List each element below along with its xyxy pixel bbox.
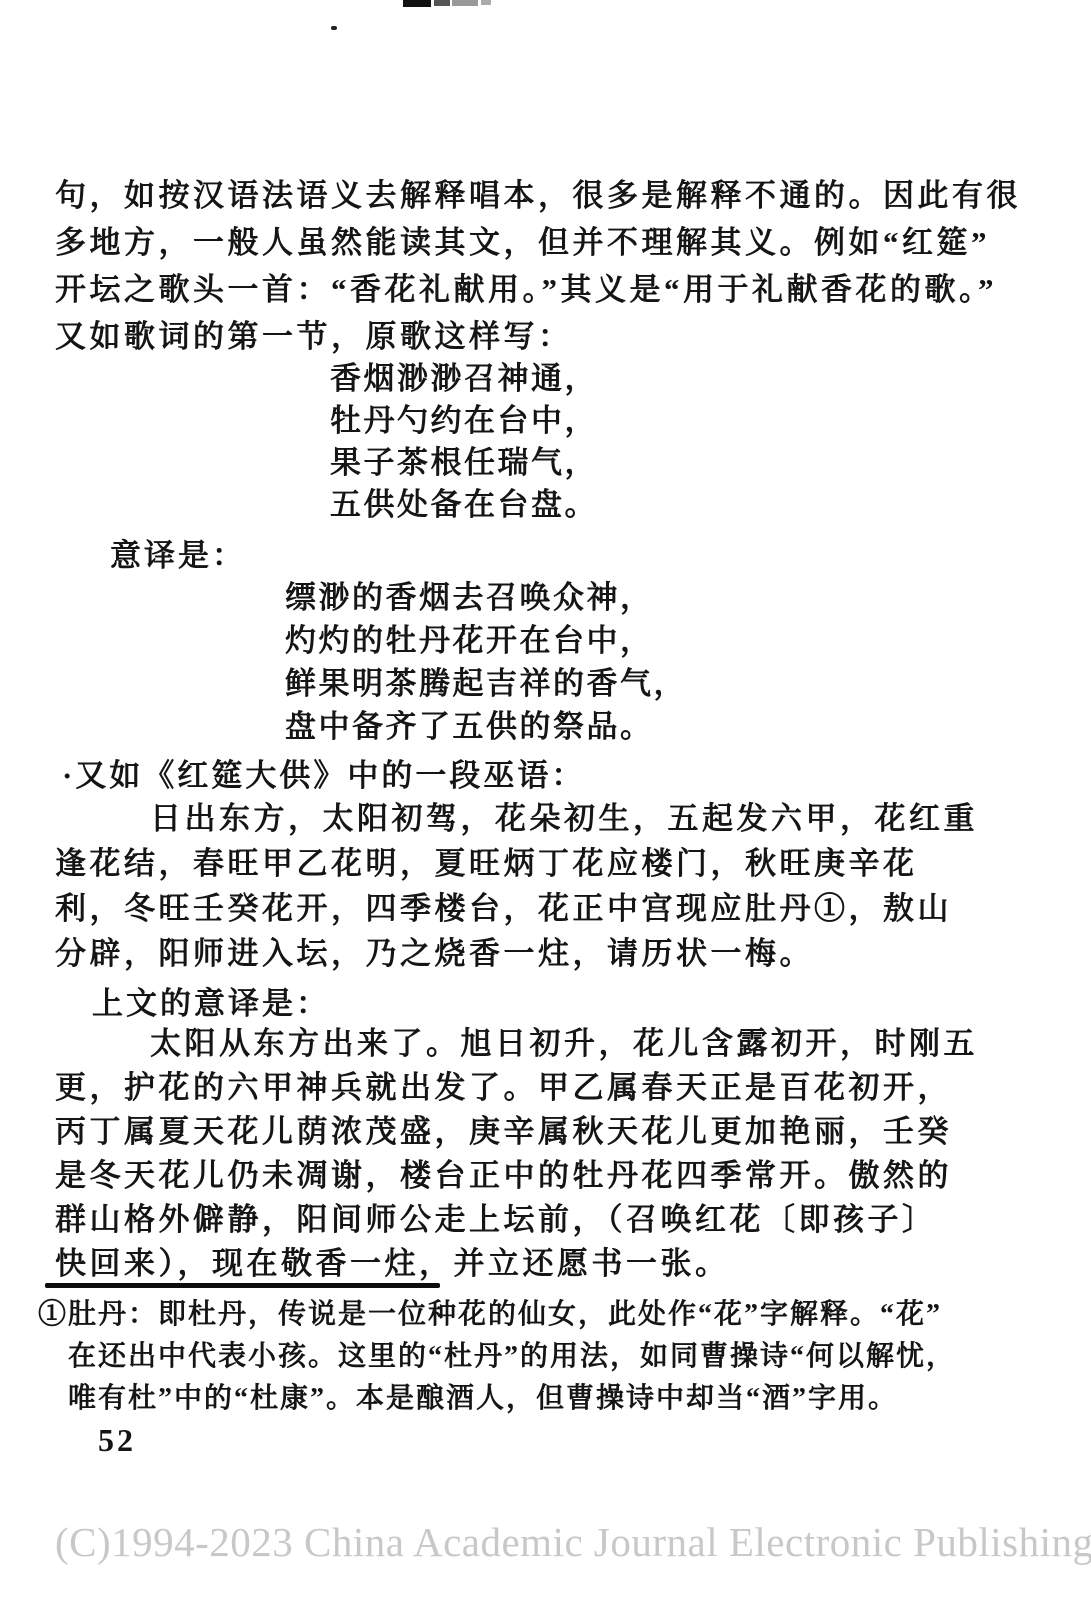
incantation-paragraph: 日出东方，太阳初驾，花朵初生，五起发六甲，花红重逢花结，春旺甲乙花明，夏旺炳丁花… (55, 796, 1045, 976)
copyright-watermark: (C)1994-2023 China Academic Journal Elec… (55, 1518, 1091, 1566)
text-line: 利，冬旺壬癸花开，四季楼台，花正中宫现应肚丹①，敖山 (55, 886, 1045, 931)
text-line: 多地方，一般人虽然能读其文，但并不理解其义。例如“红筵” (55, 219, 1045, 266)
footnote: ①肚丹：即杜丹，传说是一位种花的仙女，此处作“花”字解释。“花”在还出中代表小孩… (38, 1294, 1048, 1420)
text-line: 逢花结，春旺甲乙花明，夏旺炳丁花应楼门，秋旺庚辛花 (55, 841, 1045, 886)
text-line: 缥渺的香烟去召唤众神， (285, 576, 687, 619)
text-line: 是冬天花儿仍未凋谢，楼台正中的牡丹花四季常开。傲然的 (55, 1154, 1045, 1198)
intro-paragraph: 句，如按汉语法语义去解释唱本，很多是解释不通的。因此有很多地方，一般人虽然能读其… (55, 172, 1045, 360)
scan-artifact-top-4 (481, 0, 491, 5)
text-line: 五供处备在台盘。 (330, 484, 598, 526)
text-line: 唯有杜”中的“杜康”。本是酿酒人，但曹操诗中却当“酒”字用。 (68, 1378, 1048, 1420)
translation-label: 意译是： (110, 530, 246, 575)
incantation-intro: ·又如《红筵大供》中的一段巫语： (62, 750, 585, 795)
text-line: 群山格外僻静，阳间师公走上坛前，（召唤红花〔即孩子〕 (55, 1198, 1045, 1242)
incantation-translation-paragraph: 太阳从东方出来了。旭日初升，花儿含露初开，时刚五更，护花的六甲神兵就出发了。甲乙… (55, 1022, 1045, 1286)
text-line: 句，如按汉语法语义去解释唱本，很多是解释不通的。因此有很 (55, 172, 1045, 219)
text-line: 鲜果明茶腾起吉祥的香气， (285, 662, 687, 705)
scan-artifact-top-1 (403, 0, 431, 7)
footnote-divider (45, 1283, 440, 1288)
scanned-book-page: 句，如按汉语法语义去解释唱本，很多是解释不通的。因此有很多地方，一般人虽然能读其… (0, 0, 1091, 1602)
text-line: 果子茶根任瑞气， (330, 442, 598, 484)
text-line: 太阳从东方出来了。旭日初升，花儿含露初开，时刚五 (55, 1022, 1045, 1066)
text-line: 分辟，阳师进入坛，乃之烧香一炷，请历状一梅。 (55, 931, 1045, 976)
text-line: 香烟渺渺召神通， (330, 358, 598, 400)
text-line: 又如歌词的第一节，原歌这样写： (55, 313, 1045, 360)
text-line: 开坛之歌头一首：“香花礼献用。”其义是“用于礼献香花的歌。” (55, 266, 1045, 313)
text-line: ①肚丹：即杜丹，传说是一位种花的仙女，此处作“花”字解释。“花” (38, 1294, 1048, 1336)
scan-artifact-top-2 (434, 0, 450, 6)
text-line: 盘中备齐了五供的祭品。 (285, 705, 687, 748)
text-line: 灼灼的牡丹花开在台中， (285, 619, 687, 662)
text-line: 日出东方，太阳初驾，花朵初生，五起发六甲，花红重 (55, 796, 1045, 841)
scan-artifact-top-3 (452, 0, 478, 6)
text-line: 在还出中代表小孩。这里的“杜丹”的用法，如同曹操诗“何以解忧， (68, 1336, 1048, 1378)
text-line: 丙丁属夏天花儿荫浓茂盛，庚辛属秋天花儿更加艳丽，壬癸 (55, 1110, 1045, 1154)
incantation-translation-label: 上文的意译是： (92, 978, 330, 1023)
original-poem: 香烟渺渺召神通，牡丹勺约在台中，果子茶根任瑞气，五供处备在台盘。 (330, 358, 598, 526)
page-number: 52 (98, 1422, 136, 1459)
text-line: 更，护花的六甲神兵就出发了。甲乙属春天正是百花初开， (55, 1066, 1045, 1110)
text-line: 牡丹勺约在台中， (330, 400, 598, 442)
translated-poem: 缥渺的香烟去召唤众神，灼灼的牡丹花开在台中，鲜果明茶腾起吉祥的香气，盘中备齐了五… (285, 576, 687, 748)
text-line: 快回来），现在敬香一炷，并立还愿书一张。 (55, 1242, 1045, 1286)
scan-artifact-dot (331, 26, 337, 30)
